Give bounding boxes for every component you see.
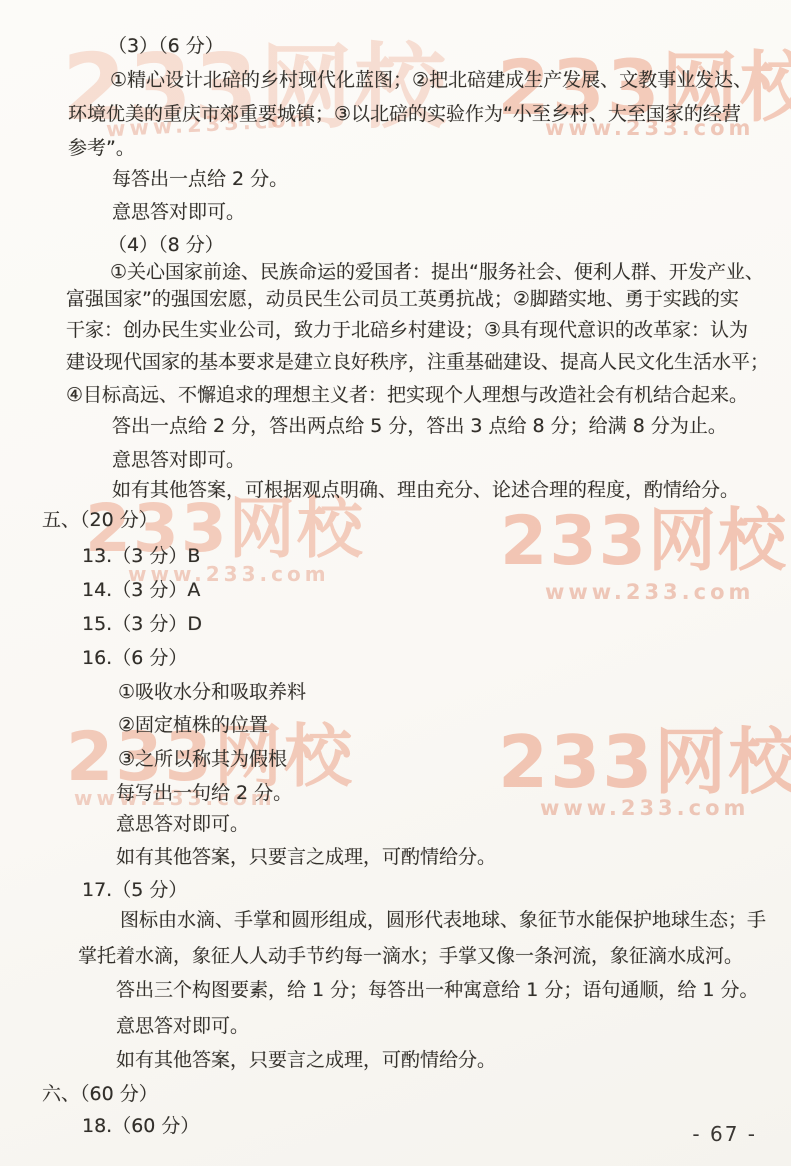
- scoring-note: 如有其他答案，只要言之成理，可酌情给分。: [116, 1048, 496, 1072]
- watermark-url: www.233.com: [540, 796, 749, 820]
- answer-text: 环境优美的重庆市郊重要城镇；③以北碚的实验作为“小至乡村、大至国家的经营: [68, 102, 741, 126]
- scoring-note: 意思答对即可。: [116, 1014, 249, 1038]
- scoring-note: 如有其他答案，可根据观点明确、理由充分、论述合理的程度，酌情给分。: [112, 478, 739, 502]
- scoring-note: 意思答对即可。: [112, 200, 245, 224]
- answer-text: 图标由水滴、手掌和圆形组成，圆形代表地球、象征节水能保护地球生态；手: [120, 908, 766, 932]
- answer-text: ①精心设计北碚的乡村现代化蓝图；②把北碚建成生产发展、文教事业发达、: [110, 68, 752, 92]
- scoring-note: 每写出一句给 2 分。: [116, 781, 292, 805]
- sub-question-header: （3）（6 分）: [108, 34, 224, 58]
- watermark-url: www.233.com: [545, 580, 754, 604]
- answer-text: 建设现代国家的基本要求是建立良好秩序，注重基础建设、提高人民文化生活水平；: [66, 350, 769, 374]
- scoring-note: 意思答对即可。: [112, 448, 245, 472]
- page-number: - 67 -: [692, 1122, 757, 1146]
- section-header: 六、（60 分）: [42, 1082, 158, 1106]
- answer-text: ④目标高远、不懈追求的理想主义者：把实现个人理想与改造社会有机结合起来。: [66, 383, 748, 407]
- answer-point: ③之所以称其为假根: [118, 747, 287, 771]
- question-answer: 13.（3 分）B: [82, 544, 200, 568]
- scoring-note: 答出三个构图要素，给 1 分；每答出一种寓意给 1 分；语句通顺，给 1 分。: [116, 978, 759, 1002]
- scanned-answer-sheet-page: 233网校www.233.com233网校www.233.com233网校www…: [0, 0, 791, 1166]
- scoring-note: 答出一点给 2 分，答出两点给 5 分，答出 3 点给 8 分；给满 8 分为止…: [112, 414, 727, 438]
- sub-question-header: （4）（8 分）: [108, 233, 224, 257]
- answer-text: 掌托着水滴，象征人人动手节约每一滴水；手掌又像一条河流，象征滴水成河。: [78, 944, 743, 968]
- answer-text: 干家：创办民生实业公司，致力于北碚乡村建设；③具有现代意识的改革家：认为: [66, 318, 748, 342]
- question-header: 18.（60 分）: [82, 1114, 199, 1138]
- answer-point: ①吸收水分和吸取养料: [118, 680, 306, 704]
- watermark-logo-233wangxiao: 233网校: [498, 728, 791, 796]
- question-answer: 14.（3 分）A: [82, 578, 200, 602]
- scoring-note: 意思答对即可。: [116, 812, 249, 836]
- question-header: 17.（5 分）: [82, 878, 187, 902]
- answer-text: ①关心国家前途、民族命运的爱国者：提出“服务社会、便利人群、开发产业、: [110, 260, 764, 284]
- answer-text: 参考”。: [68, 136, 135, 160]
- question-answer: 15.（3 分）D: [82, 612, 202, 636]
- answer-point: ②固定植株的位置: [118, 713, 268, 737]
- watermark-logo-233wangxiao: 233网校: [500, 510, 788, 575]
- section-header: 五、（20 分）: [42, 508, 158, 532]
- scoring-note: 每答出一点给 2 分。: [112, 167, 288, 191]
- question-header: 16.（6 分）: [82, 646, 187, 670]
- scoring-note: 如有其他答案，只要言之成理，可酌情给分。: [116, 845, 496, 869]
- answer-text: 富强国家”的强国宏愿，动员民生公司员工英勇抗战；②脚踏实地、勇于实践的实: [66, 287, 739, 311]
